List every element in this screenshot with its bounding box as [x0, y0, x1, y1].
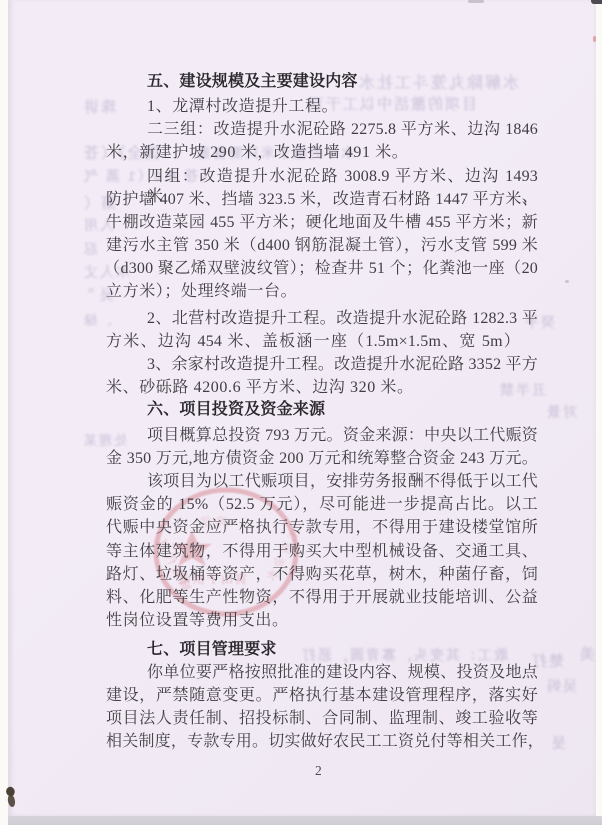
text-line: 3、余家村改造提升工程。改造提升水泥砼路 3352 平方 [147, 355, 538, 375]
text-line: 相关制度，专款专用。切实做好农民工工资兑付等相关工作， [106, 732, 544, 752]
text-line: 等主体建筑物，不得用于购买大中型机械设备、交通工具、 [106, 542, 538, 562]
text-line: 二三组：改造提升水泥砼路 2275.8 平方米、边沟 1846 [147, 120, 538, 140]
bleedthrough-ghost-text: 水解除丸笼斗工社水 [357, 70, 519, 93]
text-line: 米、砂砾路 4200.6 平方米、边沟 320 米。 [106, 378, 414, 398]
bleedthrough-ghost-text: 丑半禁 [498, 380, 546, 400]
scan-speck [565, 280, 569, 283]
bleedthrough-ghost-text: 忍 [82, 239, 98, 259]
bleedthrough-ghost-text: 美 [578, 643, 595, 664]
scan-bottom-edge-shadow [8, 816, 602, 825]
scan-edge-artifact [591, 0, 602, 4]
text-line: 防护墙 407 米、挡墙 323.5 米，改造青石材路 1447 平方米、 [106, 190, 538, 210]
scan-red-speck [593, 36, 596, 42]
page-number: 2 [315, 763, 322, 779]
text-line: 建污水主管 350 米（d400 钢筋混凝土管），污水支管 599 米 [106, 236, 538, 256]
bleedthrough-ghost-text: 珠讲 [82, 96, 116, 117]
text-line: 料、化肥等生产性物资，不得用于开展就业技能培训、公益 [106, 588, 538, 608]
bleedthrough-ghost-text: 、绿 [82, 310, 112, 329]
text-line: 赈资金的 15%（52.5 万元），尽可能进一步提高占比。以工 [106, 495, 538, 515]
bleedthrough-ghost-text: 敢工：其变头，寡青圆，恶打 [300, 645, 508, 665]
text-line: 金 350 万元,地方债资金 200 万元和统筹整合资金 243 万元。 [106, 449, 538, 469]
text-line: 代赈中央资金应严格执行专款专用，不得用于建设楼堂馆所 [106, 518, 538, 538]
text-line: 1、龙潭村改造提升工程。 [147, 97, 338, 117]
text-line: （d300 聚乙烯双壁波纹管）；检查井 51 个；化粪池一座（20 [104, 259, 538, 279]
text-line: 立方米）；处理终端一台。 [106, 282, 297, 302]
text-line: 项目概算总投资 793 万元。资金来源：中央以工代赈资 [147, 426, 538, 446]
scan-smudge [468, 0, 484, 3]
bleedthrough-ghost-text: 旻 [550, 733, 566, 753]
text-line: 2、北营村改造提升工程。改造提升水泥砼路 1282.3 平 [147, 309, 538, 329]
text-line: 建设，严禁随意变更。严格执行基本建设管理程序，落实好 [106, 686, 538, 706]
text-line: 性岗位设置等费用支出。 [106, 611, 289, 631]
section-heading: 七、项目管理要求 [147, 640, 277, 660]
text-line: 该项目为以工代赈项目，安排劳务报酬不得低于以工代 [147, 472, 538, 492]
text-line: 米，新建护坡 290 米，改造挡墙 491 米。 [106, 143, 408, 163]
bleedthrough-ghost-text: 吴妈 [545, 676, 577, 696]
scanned-document-screenshot: { "colors": { "paper": "#f3ecf6", "paper… [0, 0, 602, 825]
text-line: 路灯、垃圾桶等资产，不得购买花草，树木，种菌仔畜，饲 [106, 565, 538, 585]
bleedthrough-ghost-text: 对景 [545, 402, 577, 422]
text-line: 牛棚改造菜园 455 平方米；硬化地面及牛槽 455 平方米；新 [106, 213, 538, 233]
section-heading: 六、项目投资及资金来源 [147, 400, 325, 420]
section-heading: 五、建设规模及主要建设内容 [147, 72, 358, 92]
text-line: 你单位要严格按照批准的建设内容、规模、投资及地点 [147, 663, 538, 683]
bleedthrough-ghost-text: 处理某 [82, 430, 127, 449]
text-line: 项目法人责任制、招投标制、合同制、监理制、竣工验收等 [106, 709, 538, 729]
text-line: 方米、边沟 454 米、盖板涵一座（1.5m×1.5m、宽 5m） [106, 332, 520, 352]
